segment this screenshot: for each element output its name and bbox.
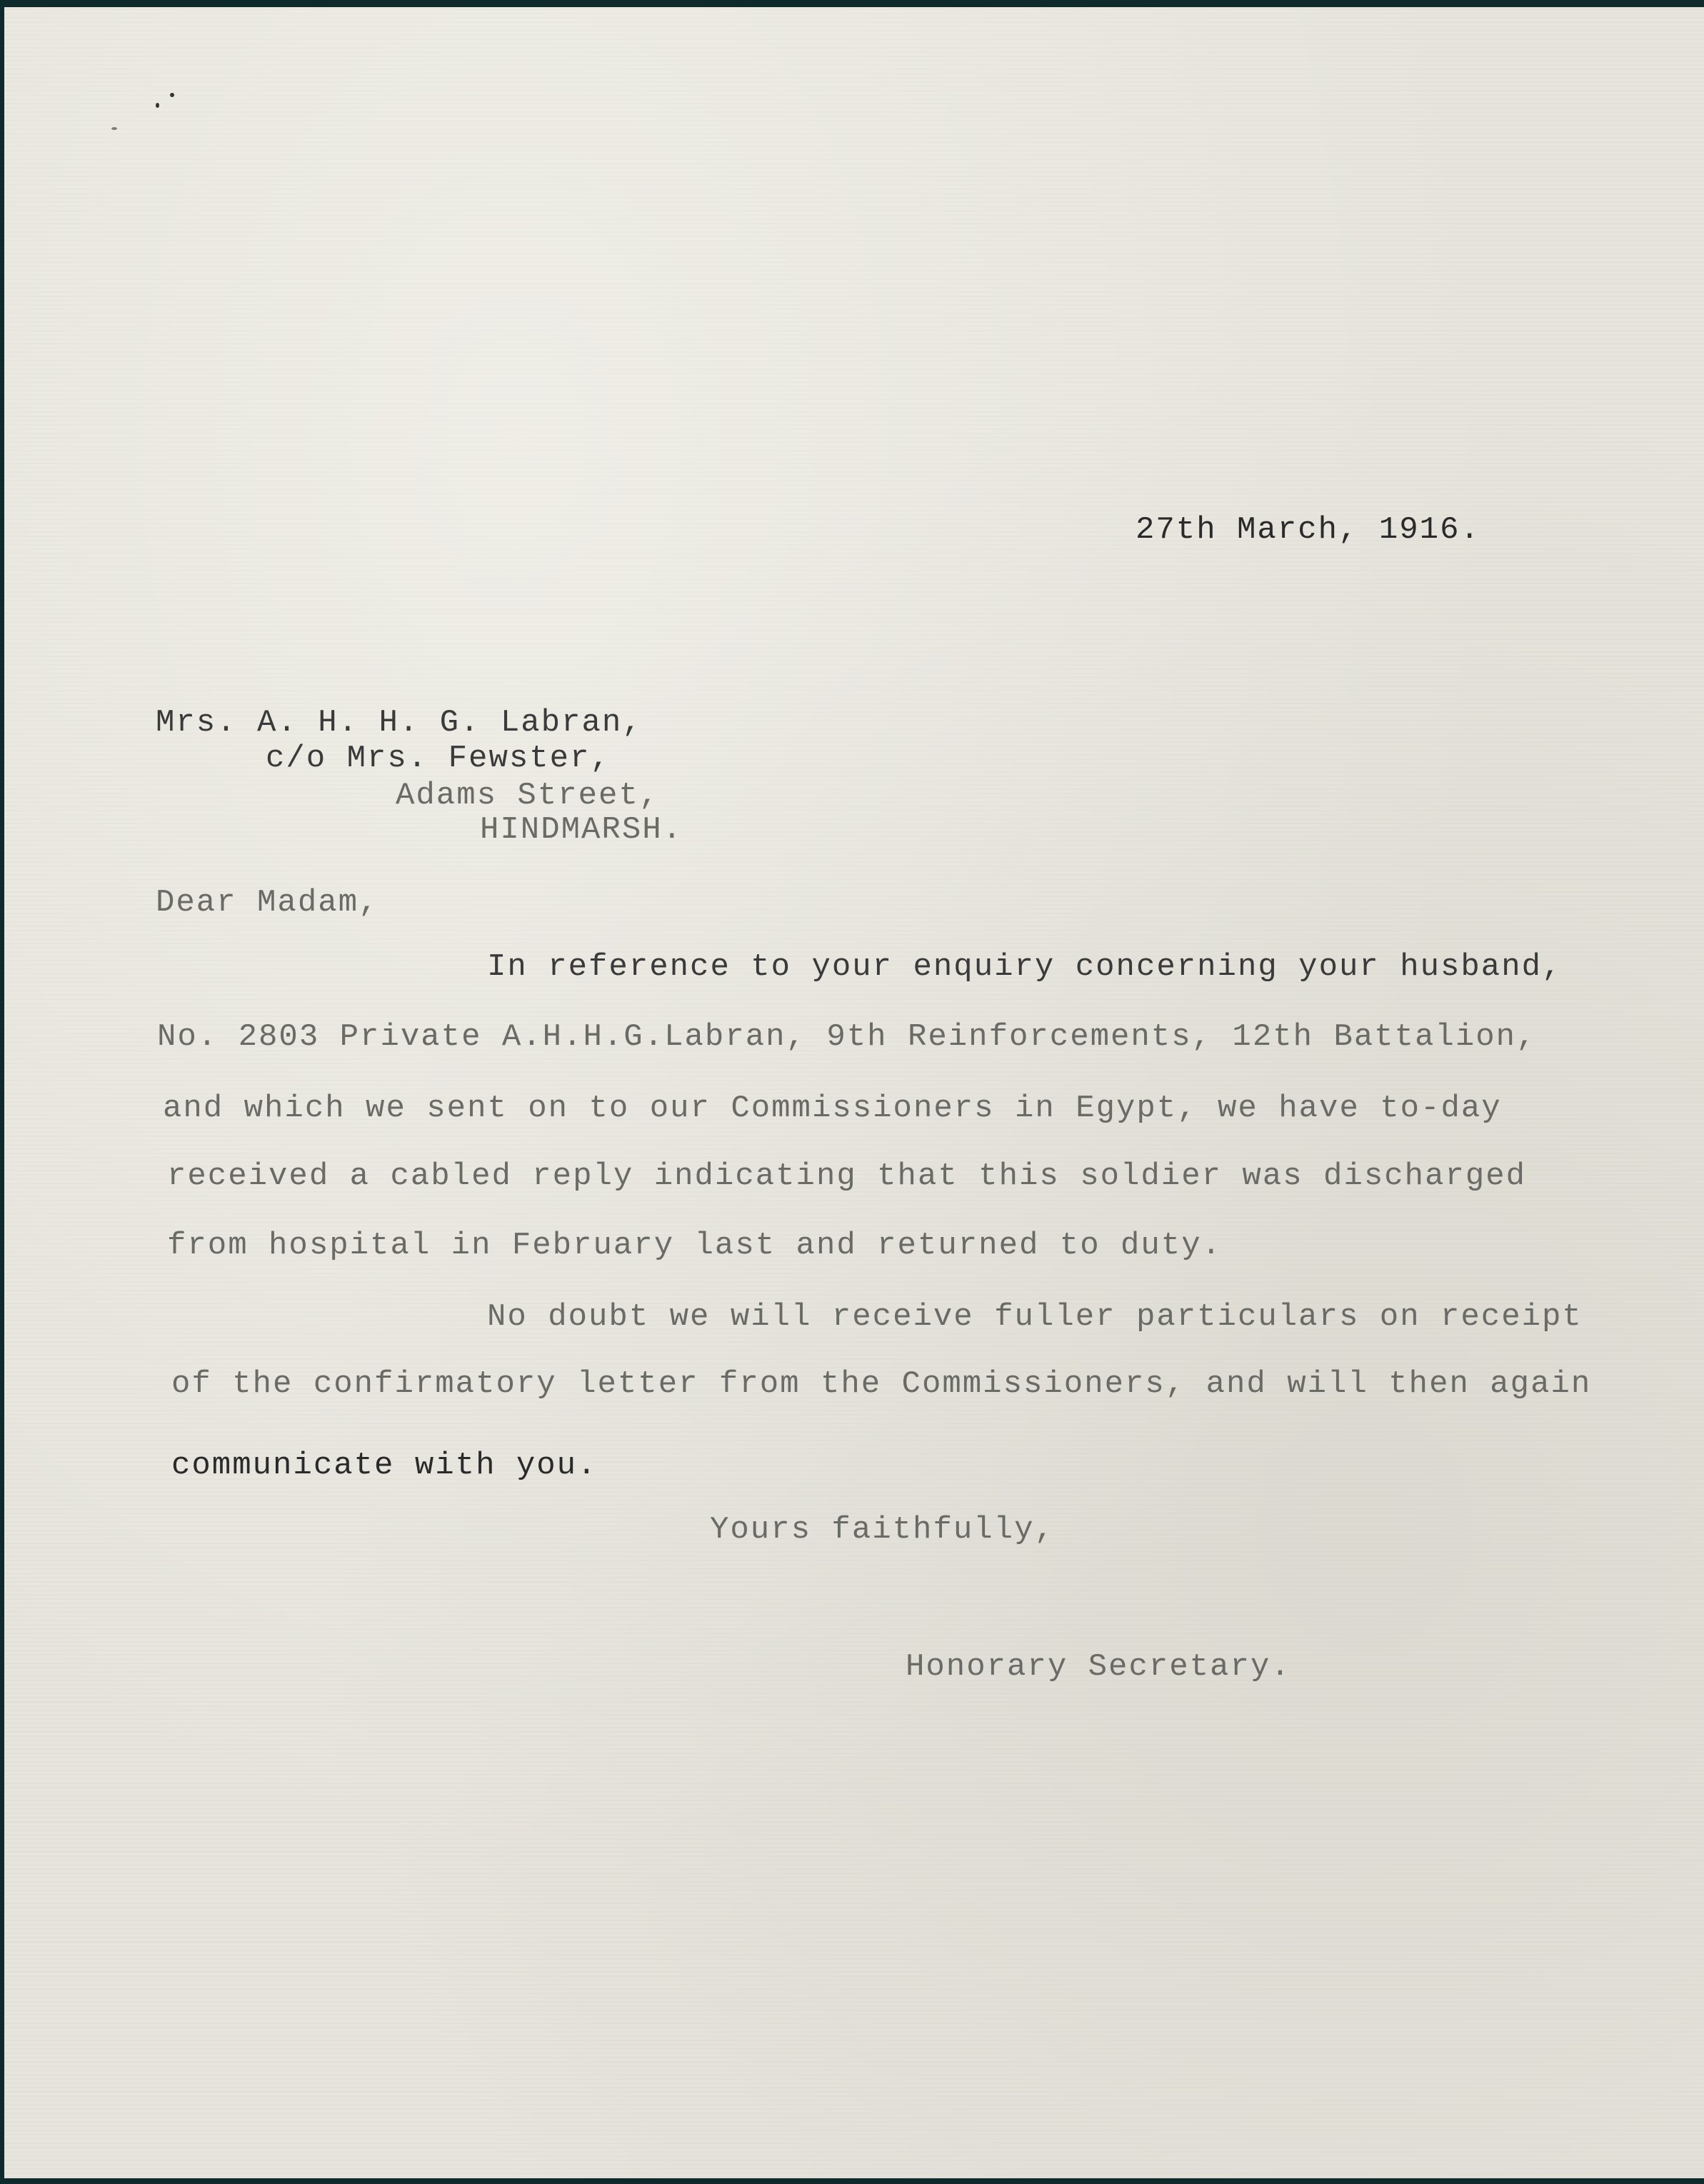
letter-date: 27th March, 1916. (1136, 514, 1480, 546)
ink-speck (156, 103, 159, 108)
body-p1-line2: No. 2803 Private A.H.H.G.Labran, 9th Rei… (157, 1021, 1537, 1053)
salutation: Dear Madam, (156, 887, 379, 918)
letter-page: 27th March, 1916. Mrs. A. H. H. G. Labra… (4, 7, 1704, 2178)
body-p2-line1: No doubt we will receive fuller particul… (487, 1301, 1583, 1333)
signature-title: Honorary Secretary. (906, 1651, 1291, 1683)
address-line-suburb: HINDMARSH. (480, 814, 683, 846)
ink-speck (170, 93, 174, 97)
address-line-street: Adams Street, (396, 780, 659, 811)
body-p1-line1: In reference to your enquiry concerning … (487, 951, 1562, 983)
address-line-name: Mrs. A. H. H. G. Labran, (156, 707, 643, 738)
ink-speck (111, 127, 117, 130)
body-p1-line3: and which we sent on to our Commissioner… (163, 1093, 1502, 1124)
body-p2-line2: of the confirmatory letter from the Comm… (171, 1368, 1591, 1400)
body-p1-line4: received a cabled reply indicating that … (167, 1161, 1526, 1192)
body-p2-line3: communicate with you. (171, 1450, 598, 1481)
closing: Yours faithfully, (710, 1514, 1055, 1546)
address-line-care-of: c/o Mrs. Fewster, (266, 743, 611, 774)
body-p1-line5: from hospital in February last and retur… (167, 1230, 1222, 1261)
